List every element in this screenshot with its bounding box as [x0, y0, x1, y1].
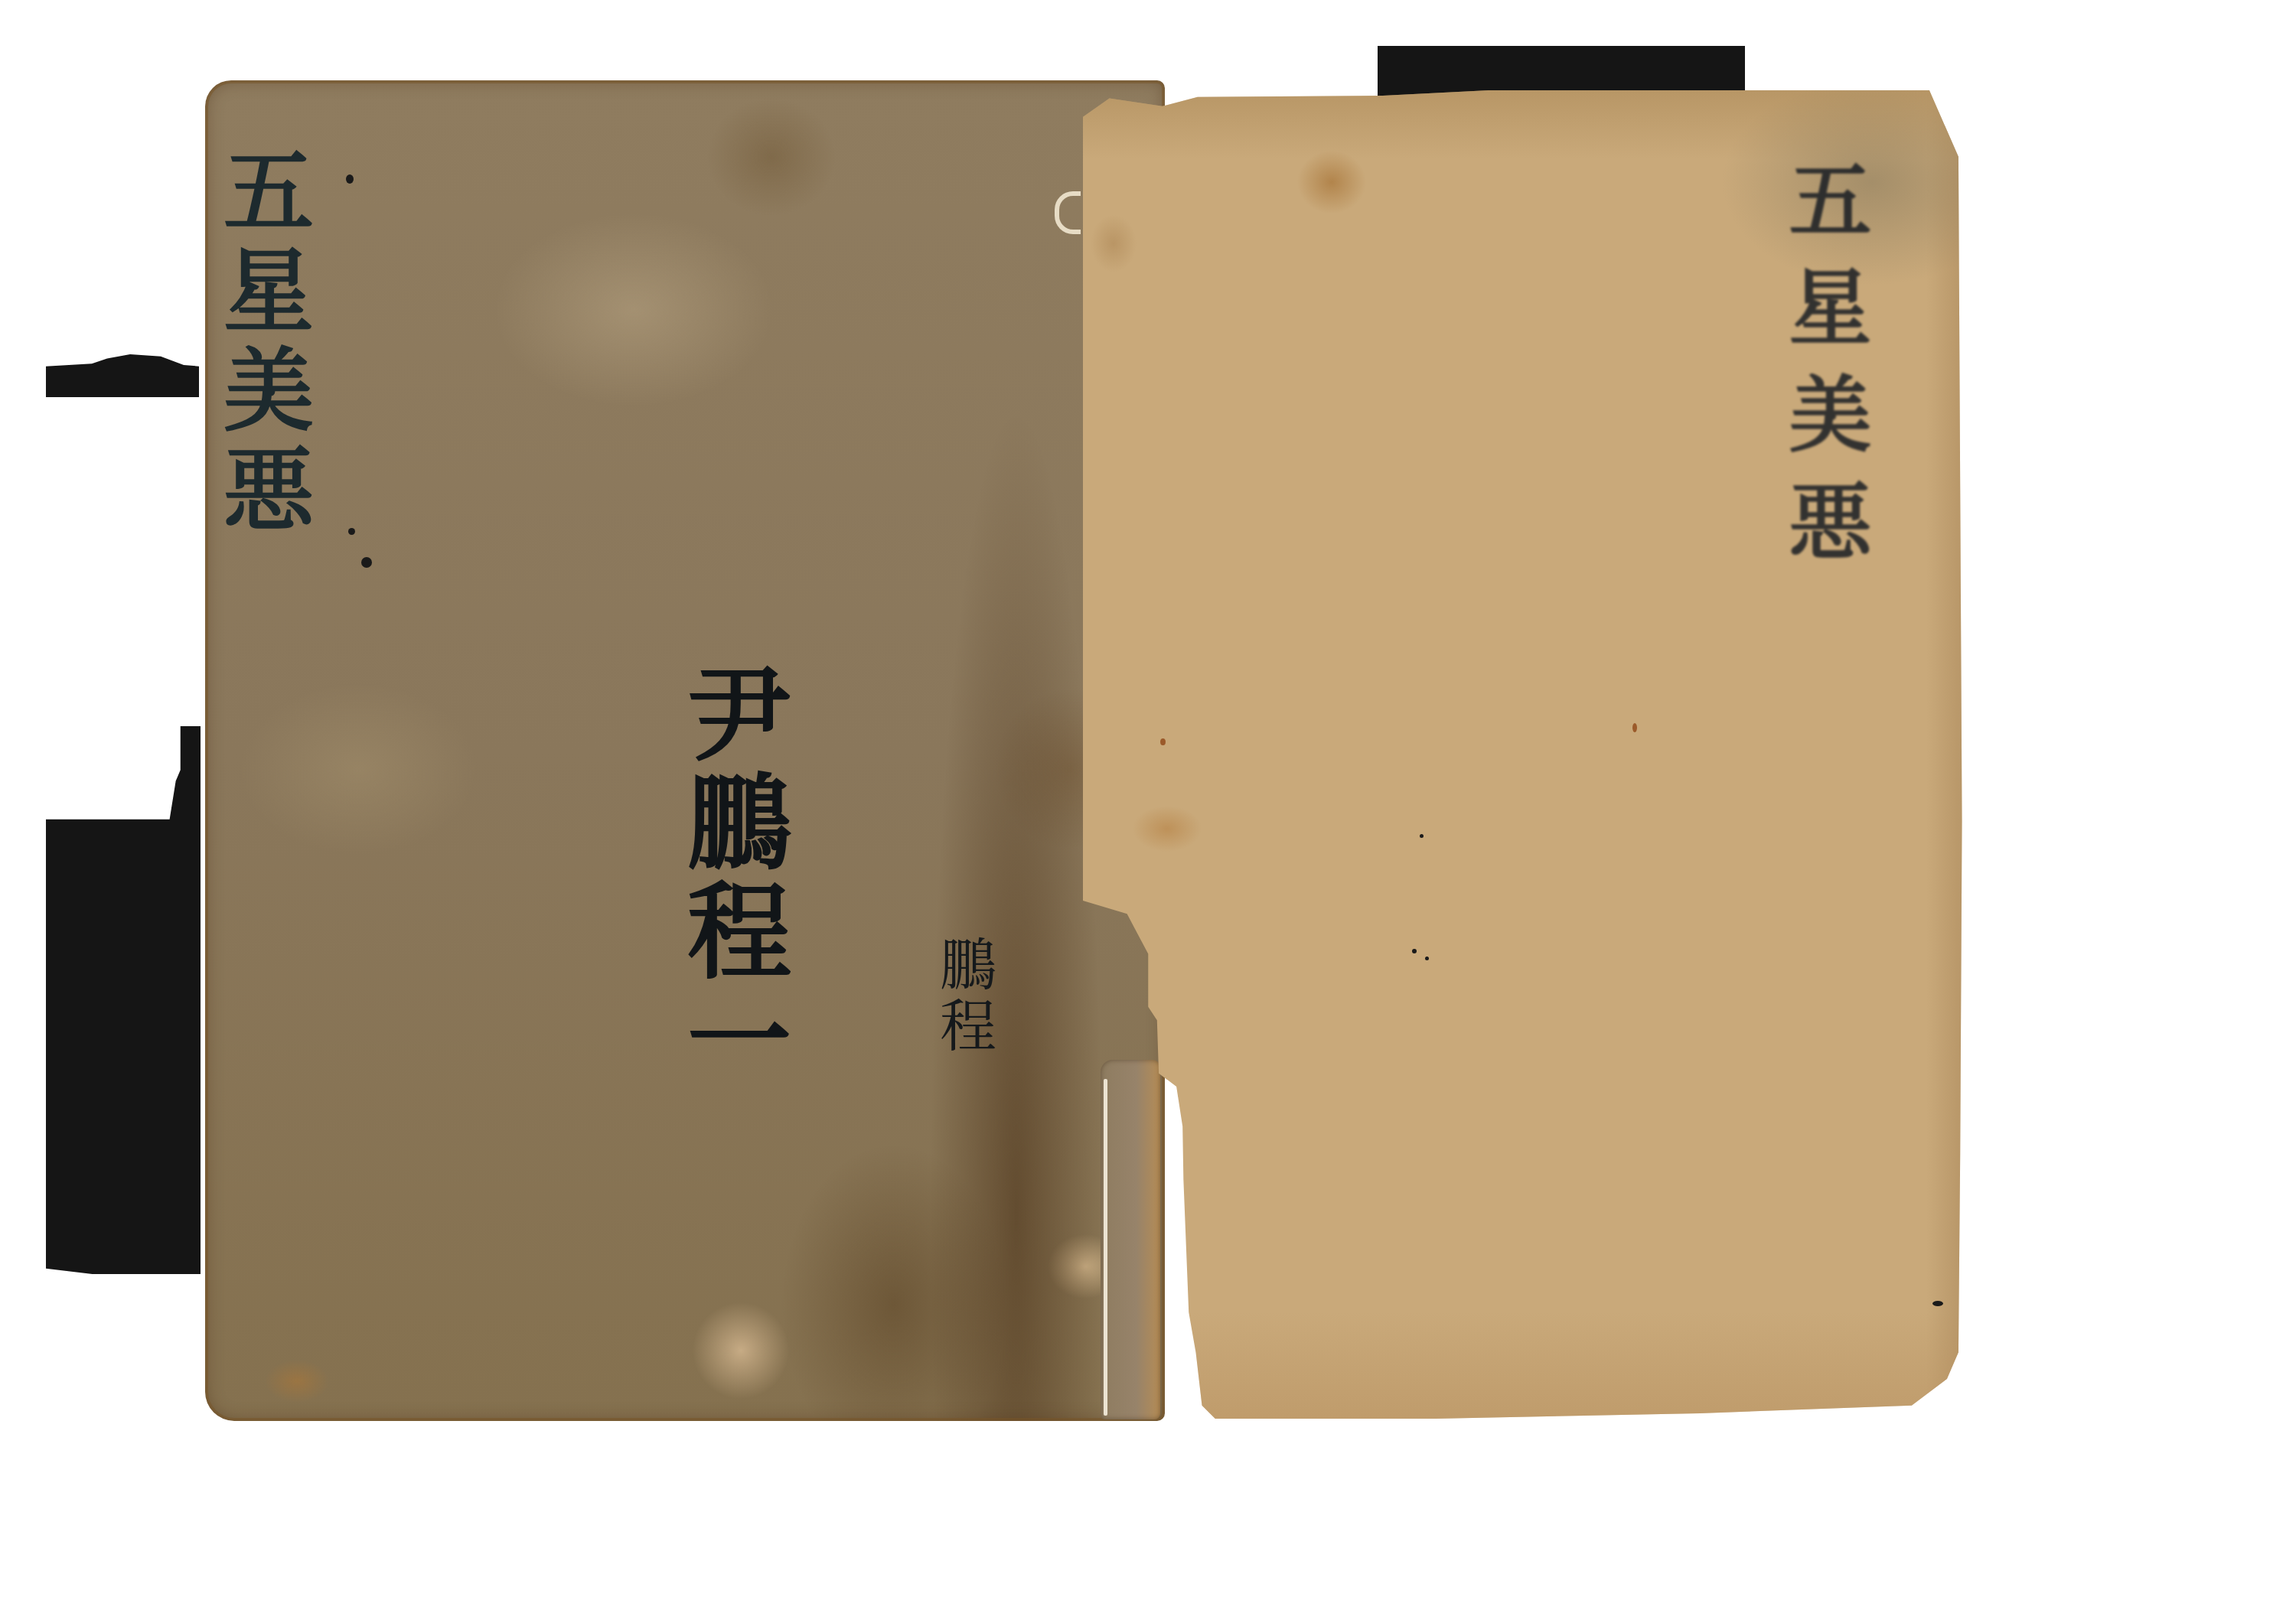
ink-speck [1425, 957, 1429, 960]
scan-mask-top [1378, 46, 1745, 96]
cover-title: 五星美悪 [216, 144, 306, 542]
cover-author-signature: 鵬程 [935, 935, 992, 1058]
foxing-spot [1632, 723, 1637, 732]
foxing-spot [1160, 738, 1166, 745]
ink-speck [346, 174, 354, 184]
ink-speck [1932, 1301, 1943, 1306]
ink-speck [1420, 834, 1424, 838]
ink-speck [348, 528, 355, 535]
spine-binding-flap [1101, 1060, 1160, 1419]
ink-speck [361, 557, 372, 568]
scan-mask-left-block [46, 726, 201, 1274]
offset-ghost-text: 五星美悪 [1782, 157, 1864, 585]
scan-mask-left-strip [46, 354, 199, 397]
ink-speck [1412, 949, 1417, 953]
binding-thread-loop [1055, 191, 1081, 234]
binding-thread [1104, 1079, 1107, 1416]
cover-author-name: 尹鵬程一 [678, 660, 782, 1094]
